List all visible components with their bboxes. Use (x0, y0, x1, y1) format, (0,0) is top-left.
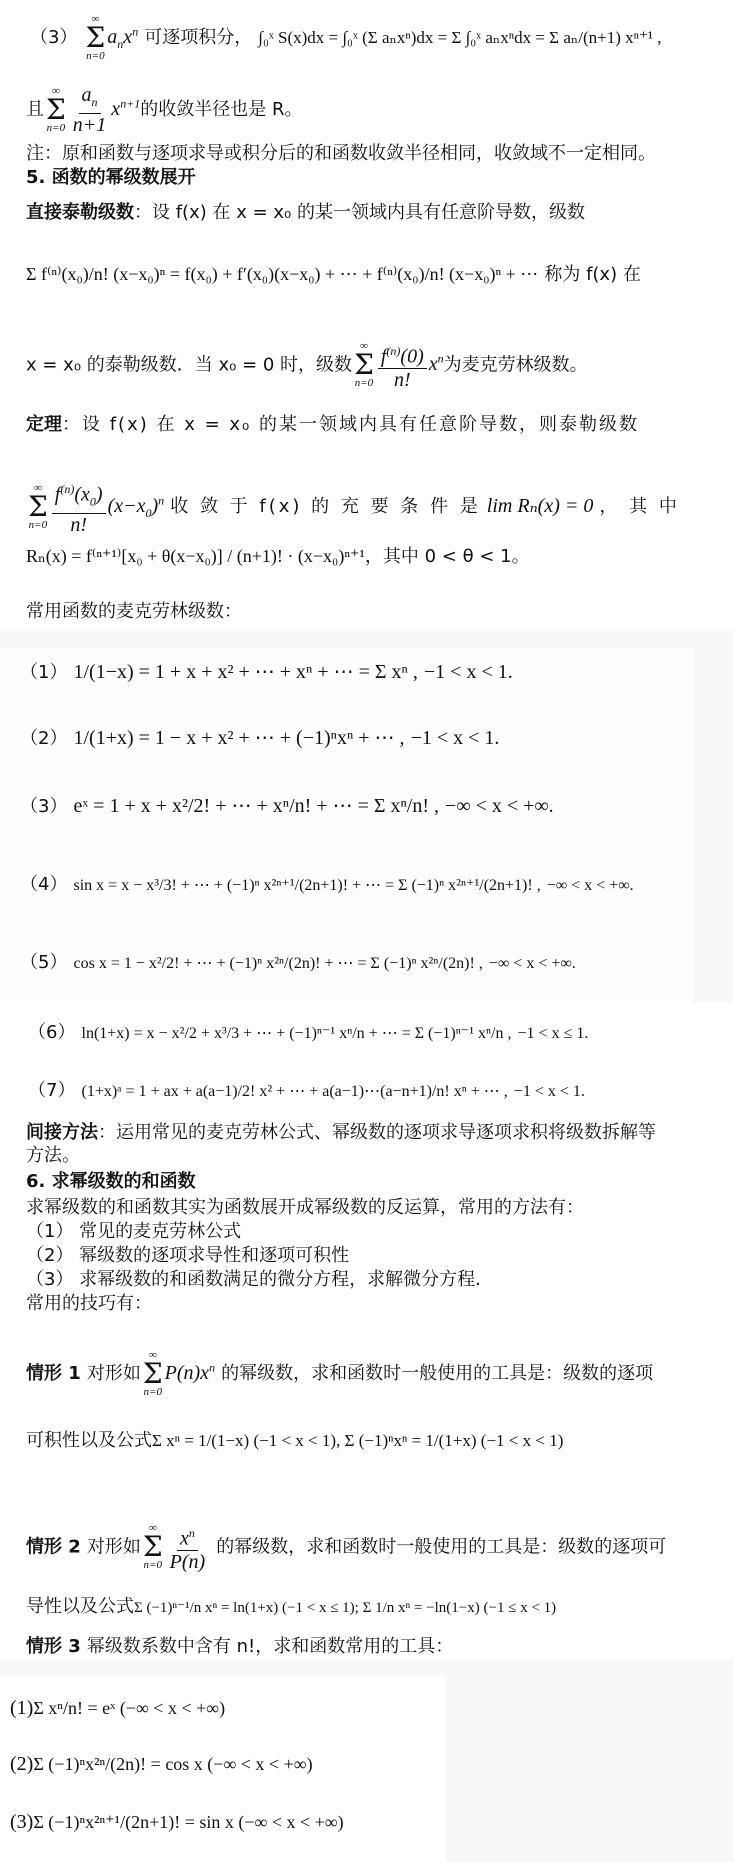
section6-heading: 6. 求幂级数的和函数 (26, 1170, 196, 1194)
tool-item-1: (1)Σ xⁿ/n! = eˣ (−∞ < x < +∞) (10, 1696, 225, 1720)
case3-line: 情形 3 幂级数系数中含有 n!，求和函数常用的工具： (26, 1634, 453, 1659)
sum-symbol: ∞Σn=0 (28, 483, 48, 531)
sum-symbol: ∞Σn=0 (143, 1523, 163, 1571)
method-2: （2） 幂级数的逐项求导性和逐项可积性 (26, 1244, 349, 1268)
series-item-6: （6） ln(1+x) = x − x²/2 + x³/3 + ⋯ + (−1)… (28, 1020, 588, 1046)
case1-label: 情形 1 (26, 1363, 81, 1384)
series-item-7: （7） (1+x)ᵃ = 1 + ax + a(a−1)/2! x² + ⋯ +… (28, 1078, 585, 1104)
series-item-2: （2） 1/(1+x) = 1 − x + x² + ⋯ + (−1)ⁿxⁿ +… (20, 726, 499, 751)
sum-symbol: ∞Σn=0 (354, 341, 374, 389)
method-3: （3） 求幂级数的和函数满足的微分方程，求解微分方程. (26, 1268, 481, 1292)
case1-line: 情形 1 对形如∞Σn=0P(n)xn 的幂级数，求和函数时一般使用的工具是：级… (26, 1350, 653, 1398)
taylor-formula: Σ f⁽ⁿ⁾(x₀)/n! (x−x₀)ⁿ = f(x₀) + f′(x₀)(x… (26, 264, 538, 284)
section6-intro: 求幂级数的和函数其实为函数展开成幂级数的反运算，常用的方法有： (26, 1196, 584, 1220)
limit-condition: lim Rₙ(x) = 0 (487, 495, 594, 517)
series-item-5: （5） cos x = 1 − x²/2! + ⋯ + (−1)ⁿ x²ⁿ/(2… (20, 950, 576, 976)
direct-taylor-line: 直接泰勒级数：设 f(x) 在 x = x₀ 的某一领域内具有任意阶导数，级数 (26, 200, 585, 225)
section5-heading: 5. 函数的幂级数展开 (26, 166, 196, 190)
maclaurin-def-line: x = x₀ 的泰勒级数．当 x₀ = 0 时，级数∞Σn=0f(n)(0)n!… (26, 340, 588, 391)
tool-item-3: (3)Σ (−1)ⁿx²ⁿ⁺¹/(2n+1)! = sin x (−∞ < x … (10, 1810, 344, 1834)
item3-line: （3） ∞Σn=0anxn 可逐项积分， ∫₀ˣ S(x)dx = ∫₀ˣ (Σ… (30, 14, 662, 62)
indirect-label: 间接方法 (26, 1122, 98, 1143)
item3-cont-line: 且∞Σn=0ann+1xn+1的收敛半径也是 R。 (26, 84, 303, 136)
item3-label: （3） (30, 27, 77, 48)
item3-text: 可逐项积分， (144, 27, 252, 48)
series-item-1: （1） 1/(1−x) = 1 + x + x² + ⋯ + xⁿ + ⋯ = … (20, 660, 513, 685)
indirect-line: 间接方法：运用常见的麦克劳林公式、幂级数的逐项求导逐项求积将级数拆解等 (26, 1120, 656, 1145)
series-item-3: （3） eˣ = 1 + x + x²/2! + ⋯ + xⁿ/n! + ⋯ =… (20, 794, 554, 819)
common-series-title: 常用函数的麦克劳林级数： (26, 600, 242, 624)
case2-label: 情形 2 (26, 1536, 81, 1557)
taylor-formula-line: Σ f⁽ⁿ⁾(x₀)/n! (x−x₀)ⁿ = f(x₀) + f′(x₀)(x… (26, 262, 641, 287)
method-1: （1） 常见的麦克劳林公式 (26, 1220, 241, 1244)
series-item-4: （4） sin x = x − x³/3! + ⋯ + (−1)ⁿ x²ⁿ⁺¹/… (20, 872, 634, 898)
tips-title: 常用的技巧有： (26, 1292, 152, 1316)
direct-label: 直接泰勒级数 (26, 202, 134, 223)
case2-line2: 导性以及公式Σ (−1)ⁿ⁻¹/n xⁿ = ln(1+x) (−1 < x ≤… (26, 1594, 556, 1620)
theorem-line: 定理：设 f(x) 在 x = x₀ 的某一领域内具有任意阶导数，则泰勒级数 (26, 412, 639, 437)
item3-formula: ∫₀ˣ S(x)dx = ∫₀ˣ (Σ aₙxⁿ)dx = Σ ∫₀ˣ aₙxⁿ… (258, 28, 661, 47)
case3-label: 情形 3 (26, 1636, 81, 1657)
indirect-line2: 方法。 (26, 1144, 80, 1168)
note-text: 注：原和函数与逐项求导或积分后的和函数收敛半径相同，收敛域不一定相同。 (26, 142, 656, 166)
theorem-line2: ∞Σn=0f(n)(x0)n!(x−x0)n 收 敛 于 f(x) 的 充 要 … (26, 478, 680, 536)
tool-item-2: (2)Σ (−1)ⁿx²ⁿ/(2n)! = cos x (−∞ < x < +∞… (10, 1752, 313, 1776)
remainder-line: Rₙ(x) = f⁽ⁿ⁺¹⁾[x₀ + θ(x−x₀)] / (n+1)! · … (26, 544, 530, 569)
sum-symbol: ∞Σn=0 (86, 14, 106, 62)
case2-line: 情形 2 对形如∞Σn=0xnP(n) 的幂级数，求和函数时一般使用的工具是：级… (26, 1522, 666, 1573)
remainder-formula: Rₙ(x) = f⁽ⁿ⁺¹⁾[x₀ + θ(x−x₀)] / (n+1)! · … (26, 546, 365, 566)
theorem-label: 定理 (26, 414, 62, 435)
case1-line2: 可积性以及公式Σ xⁿ = 1/(1−x) (−1 < x < 1), Σ (−… (26, 1428, 563, 1453)
sum-symbol: ∞Σn=0 (46, 86, 66, 134)
sum-symbol: ∞Σn=0 (143, 1350, 163, 1398)
